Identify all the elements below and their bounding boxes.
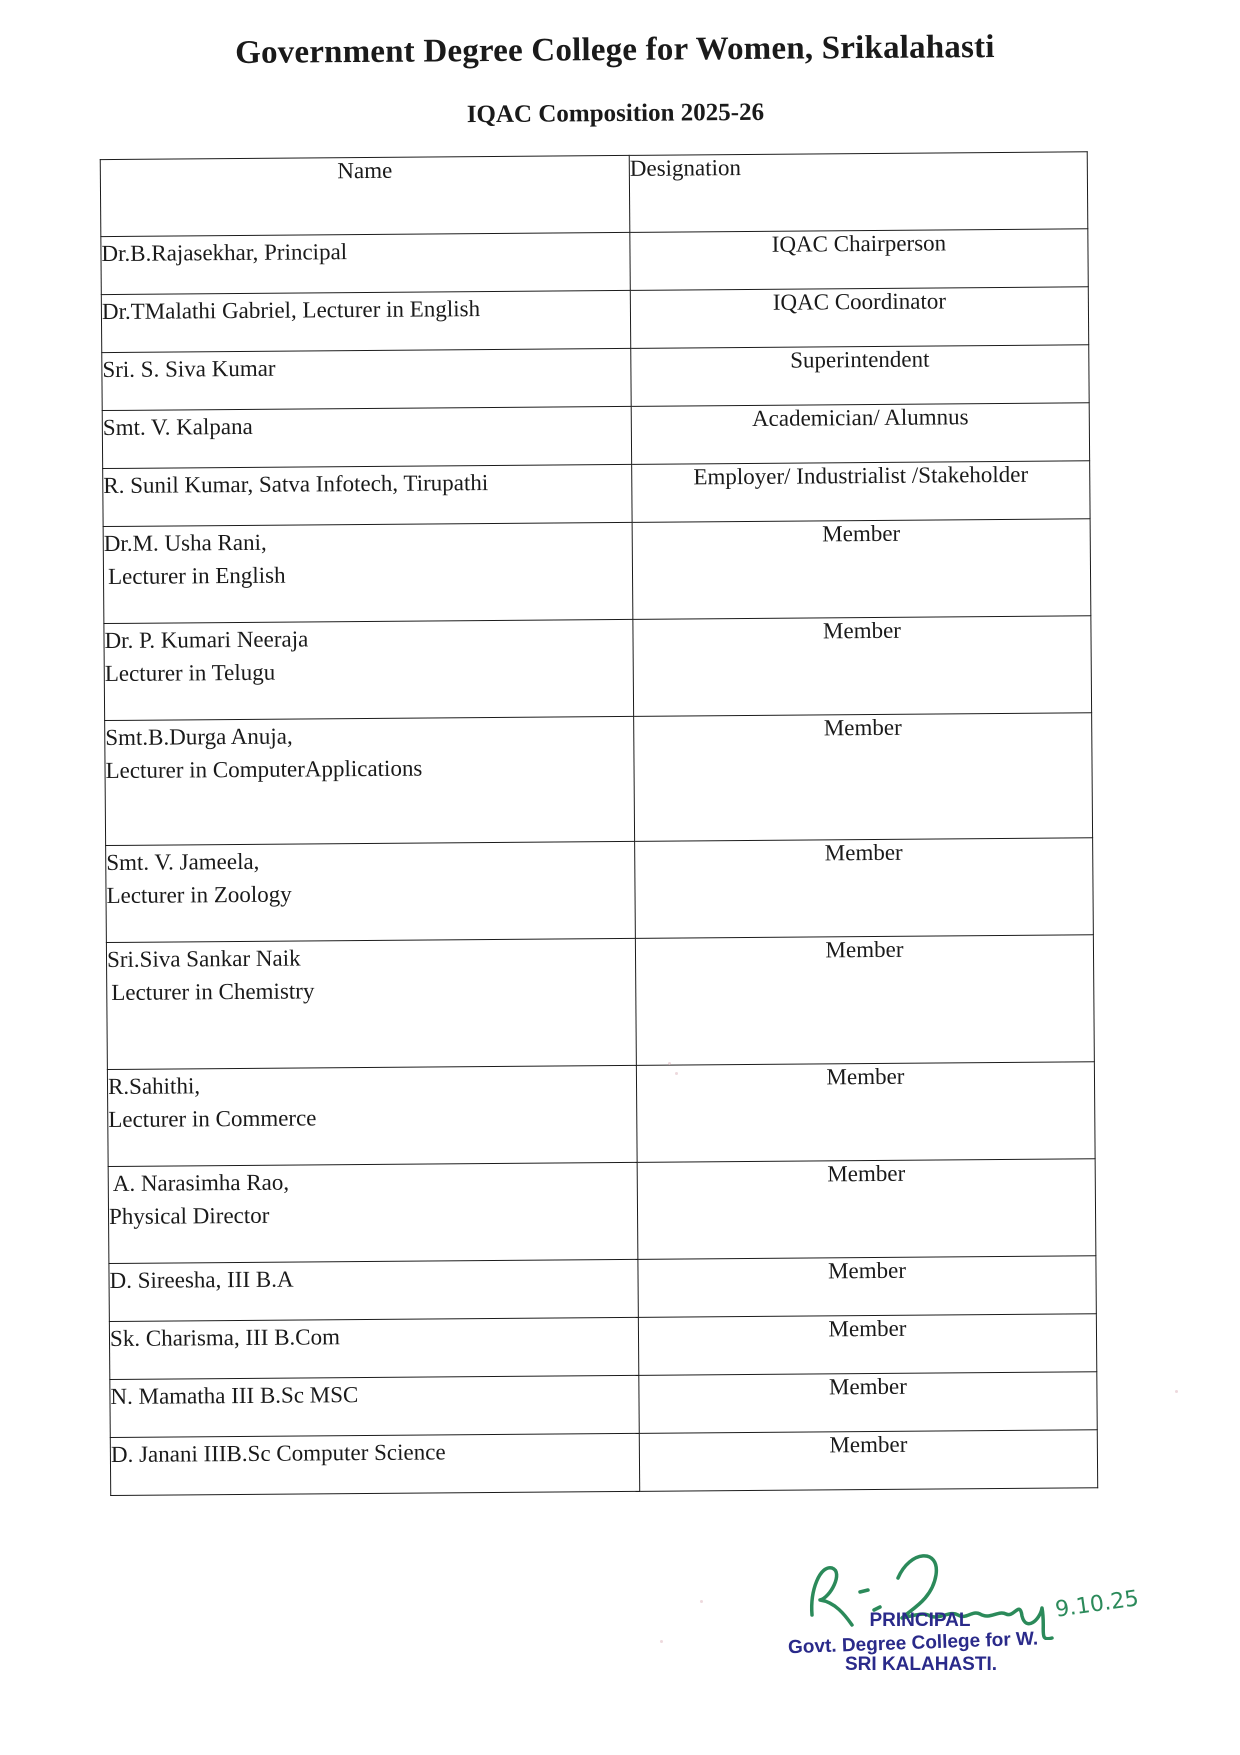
table-row: Dr. P. Kumari NeerajaLecturer in Telugu …: [104, 616, 1092, 721]
table-row: D. Janani IIIB.Sc Computer Science Membe…: [110, 1430, 1097, 1496]
member-name: N. Mamatha III B.Sc MSC: [110, 1375, 639, 1437]
member-designation: Member: [638, 1314, 1096, 1376]
stamp-place: SRI KALAHASTI.: [845, 1654, 1085, 1676]
table-row: R. Sunil Kumar, Satva Infotech, Tirupath…: [103, 461, 1090, 527]
member-name: Dr.TMalathi Gabriel, Lecturer in English: [101, 290, 630, 352]
table-row: Dr.TMalathi Gabriel, Lecturer in English…: [101, 287, 1088, 353]
member-designation: Member: [636, 1062, 1095, 1163]
member-designation: Member: [635, 935, 1094, 1066]
member-name: Dr.M. Usha Rani,Lecturer in English: [103, 522, 633, 623]
member-designation: Member: [635, 838, 1094, 939]
member-designation: Member: [639, 1430, 1097, 1492]
table-row: Sri. S. Siva Kumar Superintendent: [102, 345, 1089, 411]
member-name: A. Narasimha Rao,Physical Director: [108, 1162, 638, 1263]
page-title: Government Degree College for Women, Sri…: [0, 27, 1235, 74]
member-designation: Member: [638, 1256, 1096, 1318]
table-row: Sri.Siva Sankar NaikLecturer in Chemistr…: [106, 935, 1094, 1070]
scan-speck: [668, 1062, 671, 1065]
scan-speck: [1175, 1390, 1178, 1393]
column-header-name: Name: [100, 155, 630, 236]
page-subtitle: IQAC Composition 2025-26: [0, 95, 1235, 133]
member-designation: IQAC Coordinator: [630, 287, 1088, 349]
member-designation: Member: [637, 1159, 1096, 1260]
document-page: Government Degree College for Women, Sri…: [0, 0, 1240, 1755]
member-name: Sri.Siva Sankar NaikLecturer in Chemistr…: [106, 938, 636, 1069]
iqac-composition-table: Name Designation Dr.B.Rajasekhar, Princi…: [100, 151, 1098, 1496]
member-name: Sri. S. Siva Kumar: [102, 348, 631, 410]
table-header-row: Name Designation: [100, 152, 1088, 237]
member-name: D. Janani IIIB.Sc Computer Science: [110, 1433, 639, 1495]
table-row: A. Narasimha Rao,Physical Director Membe…: [108, 1159, 1096, 1264]
column-header-designation: Designation: [629, 152, 1088, 233]
scan-speck: [675, 1072, 678, 1075]
member-name: R. Sunil Kumar, Satva Infotech, Tirupath…: [103, 464, 632, 526]
member-designation: Member: [633, 616, 1092, 717]
table-row: Smt. V. Jameela,Lecturer in Zoology Memb…: [106, 838, 1094, 943]
table-row: D. Sireesha, III B.A Member: [109, 1256, 1096, 1322]
table-row: Smt.B.Durga Anuja,Lecturer in ComputerAp…: [105, 713, 1093, 846]
member-name: Dr.B.Rajasekhar, Principal: [101, 232, 630, 294]
member-name: Dr. P. Kumari NeerajaLecturer in Telugu: [104, 619, 634, 720]
member-designation: IQAC Chairperson: [630, 229, 1088, 291]
scan-speck: [660, 1640, 663, 1643]
member-designation: Superintendent: [631, 345, 1089, 407]
member-designation: Employer/ Industrialist /Stakeholder: [632, 461, 1090, 523]
table-row: Smt. V. Kalpana Academician/ Alumnus: [102, 403, 1089, 469]
member-name: Smt. V. Kalpana: [102, 406, 631, 468]
table-row: N. Mamatha III B.Sc MSC Member: [110, 1372, 1097, 1438]
member-designation: Member: [632, 519, 1091, 620]
table-row: R.Sahithi,Lecturer in Commerce Member: [107, 1062, 1095, 1167]
principal-signature-block: 9.10.25 PRINCIPAL Govt. Degree College f…: [790, 1520, 1210, 1690]
member-designation: Member: [634, 713, 1093, 842]
table-row: Sk. Charisma, III B.Com Member: [109, 1314, 1096, 1380]
member-designation: Academician/ Alumnus: [631, 403, 1089, 465]
member-name: Sk. Charisma, III B.Com: [109, 1317, 638, 1379]
member-name: R.Sahithi,Lecturer in Commerce: [107, 1065, 637, 1166]
member-name: D. Sireesha, III B.A: [109, 1259, 638, 1321]
table-row: Dr.B.Rajasekhar, Principal IQAC Chairper…: [101, 229, 1088, 295]
member-name: Smt.B.Durga Anuja,Lecturer in ComputerAp…: [105, 716, 635, 845]
member-designation: Member: [639, 1372, 1097, 1434]
table-row: Dr.M. Usha Rani,Lecturer in English Memb…: [103, 519, 1091, 624]
scan-speck: [700, 1600, 703, 1603]
member-name: Smt. V. Jameela,Lecturer in Zoology: [106, 841, 636, 942]
